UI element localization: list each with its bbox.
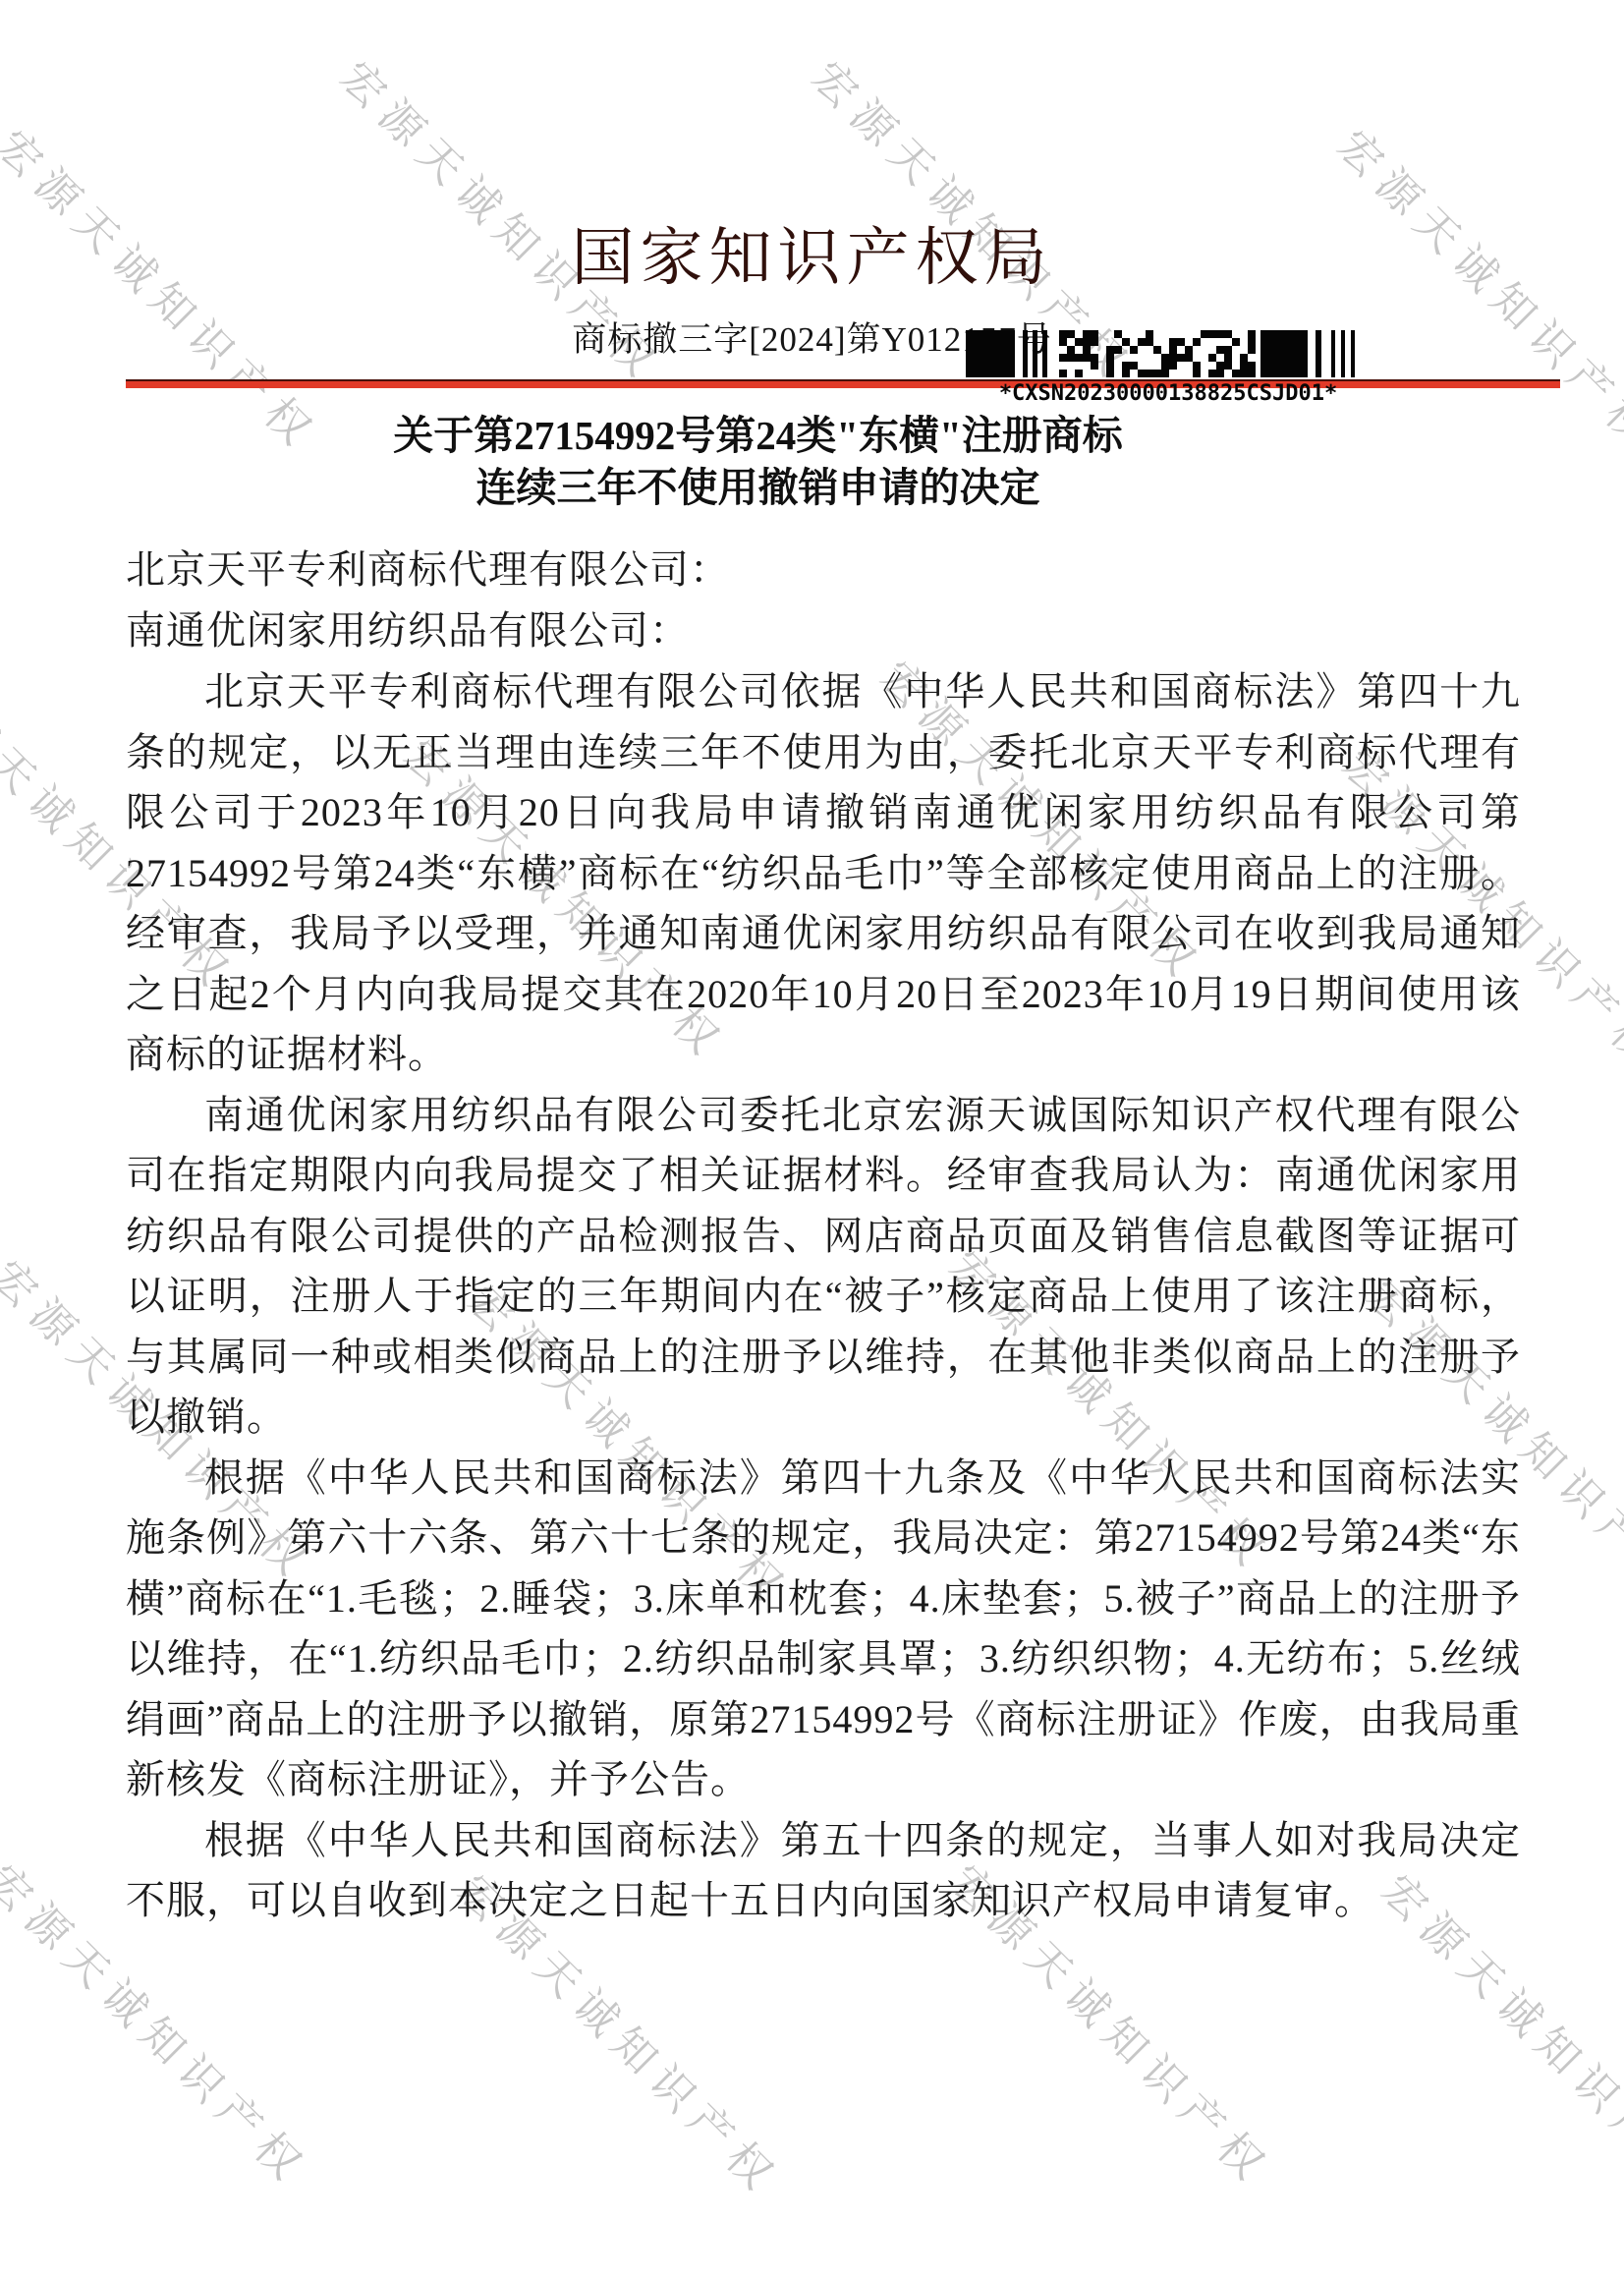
subject-line-1: 关于第27154992号第24类"东横"注册商标 [0,410,1570,462]
document-page: 宏源天诚知识产权宏源天诚知识产权宏源天诚知识产权宏源天诚知识产权宏源天诚知识产权… [0,0,1624,2279]
document-content: *CXSN20230000138825CSJD01* 国家知识产权局 商标撤三字… [0,224,1624,1931]
subject-heading: 关于第27154992号第24类"东横"注册商标 连续三年不使用撤销申请的决定 [0,410,1570,514]
body-paragraph: 北京天平专利商标代理有限公司依据《中华人民共和国商标法》第四十九条的规定，以无正… [126,661,1521,1085]
barcode: *CXSN20230000138825CSJD01* [966,328,1371,406]
barcode-2d-icon [966,328,1369,379]
recipient-list: 北京天平专利商标代理有限公司： 南通优闲家用纺织品有限公司： [126,540,1521,661]
recipient-line: 北京天平专利商标代理有限公司： [126,540,1521,600]
agency-title: 国家知识产权局 [0,224,1624,293]
barcode-label: *CXSN20230000138825CSJD01* [966,381,1371,406]
body-paragraph: 根据《中华人民共和国商标法》第四十九条及《中华人民共和国商标法实施条例》第六十六… [126,1448,1521,1810]
body-paragraph: 根据《中华人民共和国商标法》第五十四条的规定，当事人如对我局决定不服，可以自收到… [126,1810,1521,1931]
body-paragraph: 南通优闲家用纺织品有限公司委托北京宏源天诚国际知识产权代理有限公司在指定期限内向… [126,1085,1521,1448]
recipient-line: 南通优闲家用纺织品有限公司： [126,600,1521,661]
subject-line-2: 连续三年不使用撤销申请的决定 [0,462,1570,514]
doc-number: 商标撤三字[2024]第Y012157号 [0,313,1624,362]
